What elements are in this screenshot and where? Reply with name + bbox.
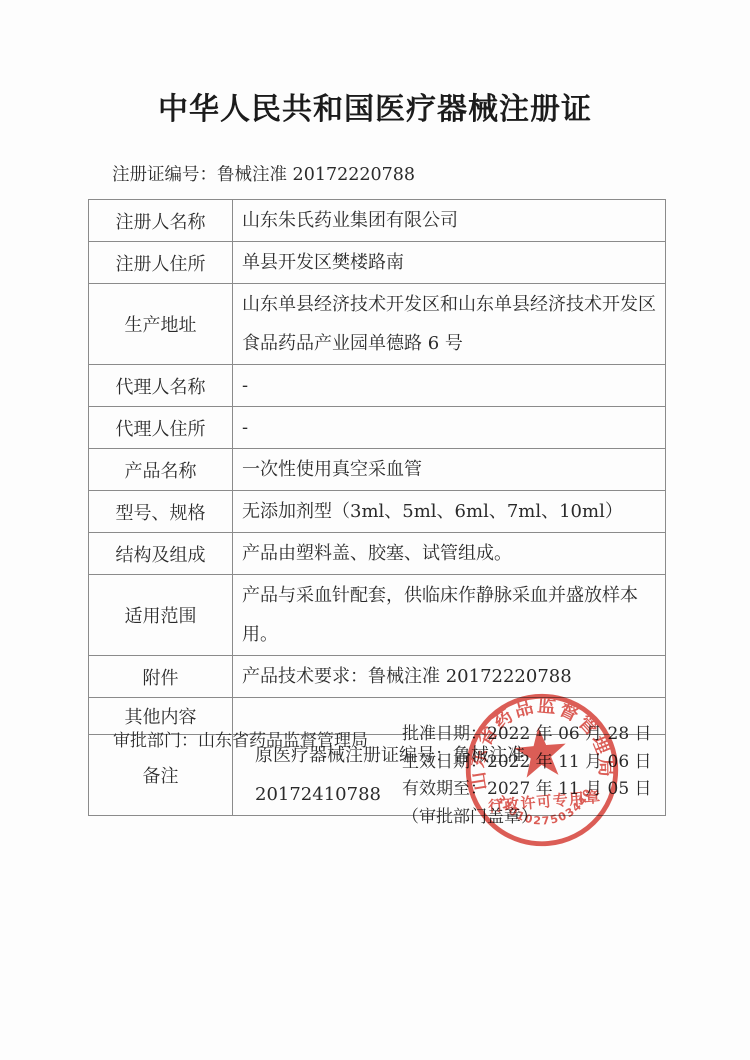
certificate-page: 中华人民共和国医疗器械注册证 注册证编号：鲁械注准 20172220788 注册… (0, 0, 750, 1060)
table-row: 代理人名称 - (89, 365, 666, 407)
row-label: 代理人名称 (89, 365, 233, 407)
table-row: 型号、规格 无添加剂型（3ml、5ml、6ml、7ml、10ml） (89, 491, 666, 533)
table-row: 注册人住所 单县开发区樊楼路南 (89, 242, 666, 284)
row-value: 无添加剂型（3ml、5ml、6ml、7ml、10ml） (233, 491, 666, 533)
table-row: 产品名称 一次性使用真空采血管 (89, 449, 666, 491)
row-value: 山东单县经济技术开发区和山东单县经济技术开发区 食品药品产业园单德路 6 号 (233, 284, 666, 365)
row-label: 代理人住所 (89, 407, 233, 449)
stamp-note: （审批部门盖章） (402, 804, 652, 832)
row-label: 注册人名称 (89, 200, 233, 242)
approval-date: 批准日期：2022 年 06 月 28 日 (402, 721, 652, 749)
row-value: - (233, 407, 666, 449)
certificate-title: 中华人民共和国医疗器械注册证 (0, 84, 750, 128)
row-value: 一次性使用真空采血管 (233, 449, 666, 491)
row-value: 山东朱氏药业集团有限公司 (233, 200, 666, 242)
row-label: 生产地址 (89, 284, 233, 365)
expiry-date: 有效期至：2027 年 11 月 05 日 (402, 776, 652, 804)
row-label: 型号、规格 (89, 491, 233, 533)
table-row: 结构及组成 产品由塑料盖、胶塞、试管组成。 (89, 533, 666, 575)
row-label: 产品名称 (89, 449, 233, 491)
row-value: - (233, 365, 666, 407)
row-label: 注册人住所 (89, 242, 233, 284)
row-label: 适用范围 (89, 575, 233, 656)
table-row: 生产地址 山东单县经济技术开发区和山东单县经济技术开发区 食品药品产业园单德路 … (89, 284, 666, 365)
table-row: 代理人住所 - (89, 407, 666, 449)
table-row: 注册人名称 山东朱氏药业集团有限公司 (89, 200, 666, 242)
registration-number-line: 注册证编号：鲁械注准 20172220788 (112, 161, 415, 186)
row-value: 产品技术要求：鲁械注准 20172220788 (233, 656, 666, 698)
row-value: 单县开发区樊楼路南 (233, 242, 666, 284)
dates-block: 批准日期：2022 年 06 月 28 日 生效日期：2022 年 11 月 0… (402, 721, 652, 831)
row-label: 结构及组成 (89, 533, 233, 575)
approval-department: 审批部门：山东省药品监督管理局 (113, 726, 368, 751)
effective-date: 生效日期：2022 年 11 月 06 日 (402, 749, 652, 777)
table-row: 附件 产品技术要求：鲁械注准 20172220788 (89, 656, 666, 698)
table-row: 适用范围 产品与采血针配套，供临床作静脉采血并盛放样本用。 (89, 575, 666, 656)
row-value: 产品与采血针配套，供临床作静脉采血并盛放样本用。 (233, 575, 666, 656)
row-value: 产品由塑料盖、胶塞、试管组成。 (233, 533, 666, 575)
row-label: 附件 (89, 656, 233, 698)
